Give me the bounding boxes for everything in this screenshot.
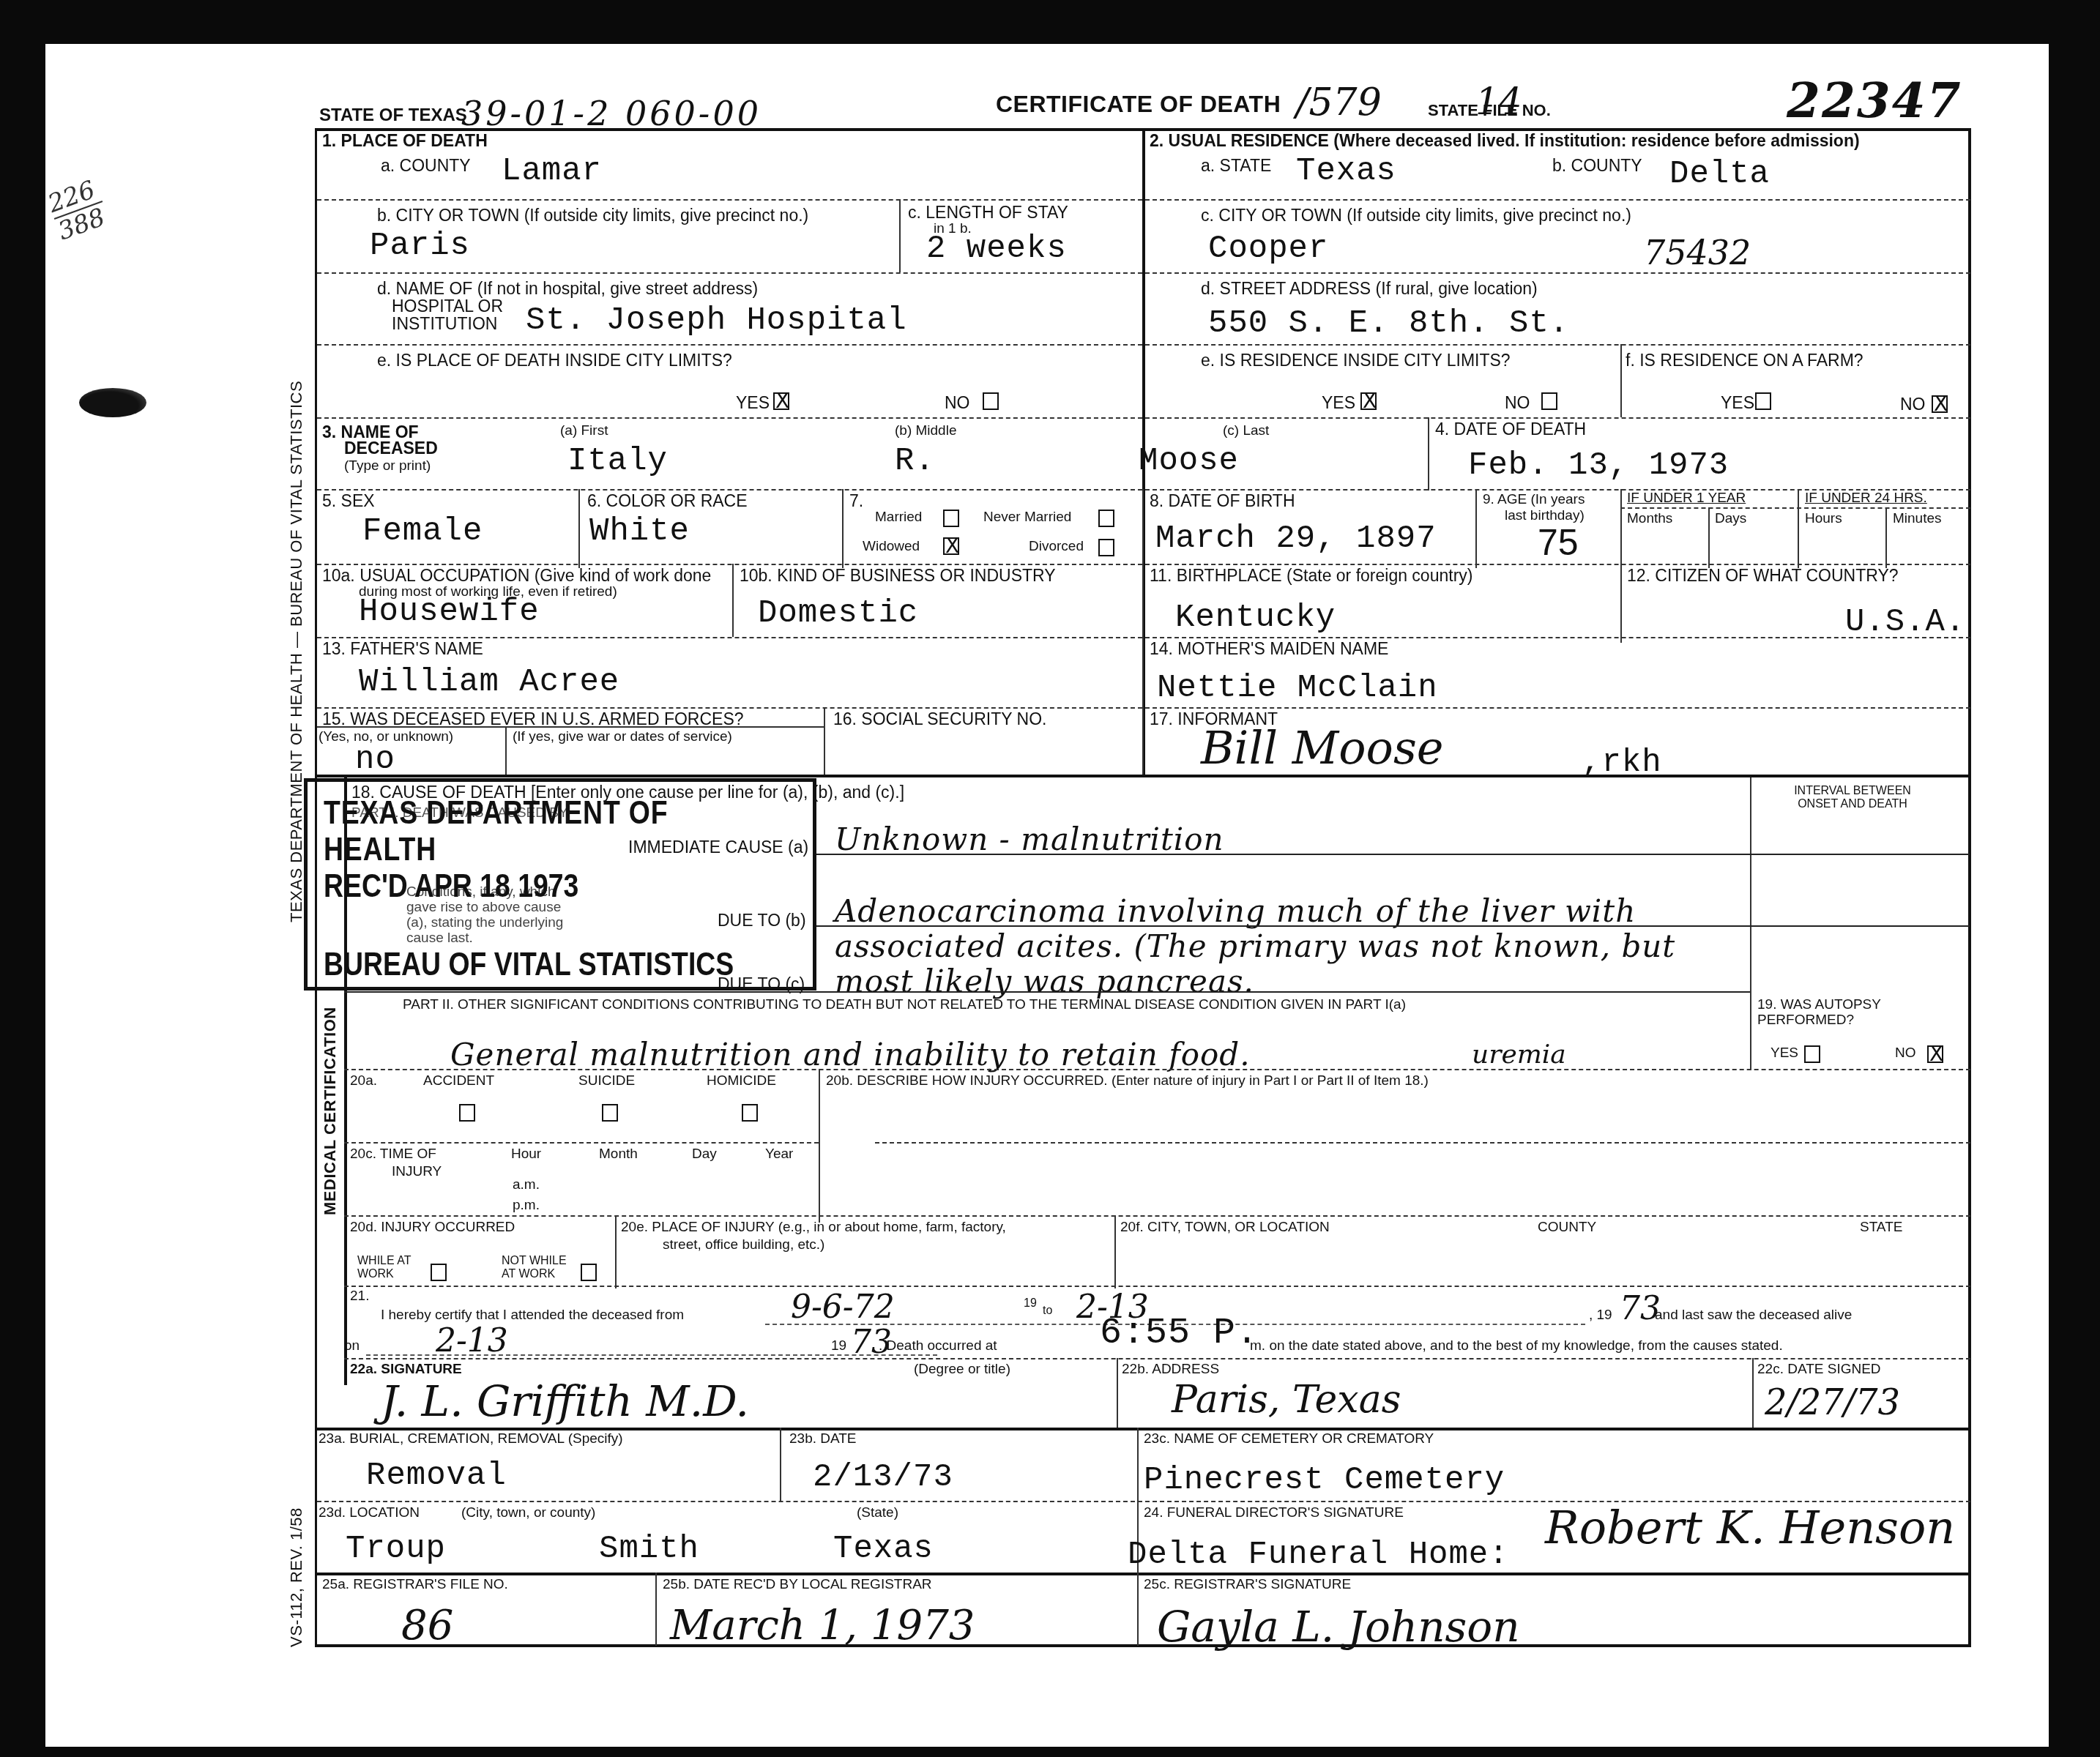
divider — [317, 417, 1970, 419]
injury-state-label: STATE — [1860, 1220, 1902, 1235]
autopsy-yes-checkbox[interactable] — [1804, 1045, 1820, 1063]
autopsy-yes-label: YES — [1771, 1045, 1798, 1061]
accident-checkbox[interactable] — [459, 1104, 475, 1122]
race: White — [589, 514, 690, 549]
registrar-file-number: 86 — [401, 1602, 453, 1649]
divider — [1142, 564, 1144, 637]
death-inside-limits-no-checkbox[interactable] — [983, 392, 999, 410]
length-of-stay: 2 weeks — [926, 231, 1067, 266]
divider — [842, 489, 844, 568]
marital-divorced-label: Divorced — [1029, 539, 1084, 554]
due-to-c: most likely was pancreas. — [835, 963, 1254, 999]
marital-label: 7. — [849, 492, 863, 510]
industry: Domestic — [758, 596, 918, 631]
scan-border-right — [2049, 0, 2100, 1757]
disposition-date: 2/13/73 — [813, 1460, 953, 1495]
while-at-work-checkbox[interactable] — [431, 1264, 447, 1281]
divider — [1620, 507, 1970, 509]
street-address: 550 S. E. 8th. St. — [1208, 306, 1569, 341]
hospital: St. Joseph Hospital — [526, 303, 907, 338]
time-of-injury-label-2: INJURY — [392, 1164, 442, 1179]
registrar-file-label: 25a. REGISTRAR'S FILE NO. — [322, 1577, 508, 1592]
res-county-label: b. COUNTY — [1552, 157, 1642, 175]
certification-text-4: m. on the date stated above, and to the … — [1250, 1338, 1783, 1354]
name-label-3: (Type or print) — [344, 458, 431, 474]
farm-yes-checkbox[interactable] — [1755, 392, 1771, 410]
date-of-death: Feb. 13, 1973 — [1468, 448, 1729, 483]
certification-number: 21. — [350, 1288, 369, 1304]
divider — [1708, 507, 1710, 568]
last-name: Moose — [1139, 444, 1239, 479]
injury-county-label: COUNTY — [1538, 1220, 1596, 1235]
armed-forces: no — [355, 742, 395, 777]
res-inside-limits-label: e. IS RESIDENCE INSIDE CITY LIMITS? — [1201, 351, 1511, 370]
part2-extra: uremia — [1472, 1040, 1566, 1070]
certificate-header: STATE OF TEXAS 39-01-2 060-00 CERTIFICAT… — [315, 81, 1977, 132]
age: 75 — [1538, 521, 1579, 564]
res-city-label: c. CITY OR TOWN (If outside city limits,… — [1201, 206, 1631, 225]
location-city: Troup — [346, 1532, 446, 1567]
not-while-at-work-checkbox[interactable] — [581, 1264, 597, 1281]
certificate-number: /579 — [1296, 81, 1382, 124]
funeral-director-label: 24. FUNERAL DIRECTOR'S SIGNATURE — [1144, 1505, 1404, 1521]
mother-label: 14. MOTHER'S MAIDEN NAME — [1150, 640, 1388, 658]
name-label-2: DECEASED — [344, 439, 438, 458]
nineteen-1: 19 — [1024, 1297, 1037, 1310]
injury-type-label: 20a. — [350, 1073, 377, 1089]
stamp-line-2: REC'D APR 18 1973 — [324, 868, 578, 905]
res-inside-limits-yes-checkbox[interactable] — [1360, 392, 1377, 410]
file-number: 39-01-2 060-00 — [461, 94, 762, 133]
father-label: 13. FATHER'S NAME — [322, 640, 483, 658]
certification-text-1: I hereby certify that I attended the dec… — [381, 1308, 684, 1323]
married-checkbox[interactable] — [943, 510, 959, 527]
marital-married-label: Married — [875, 510, 922, 525]
county-label: a. COUNTY — [381, 157, 471, 175]
months-label: Months — [1627, 511, 1672, 526]
location-county: Smith — [599, 1532, 699, 1567]
under-24-label: IF UNDER 24 HRS. — [1805, 490, 1927, 506]
divider — [816, 854, 1970, 855]
divider — [1114, 1215, 1116, 1288]
street-label: d. STREET ADDRESS (If rural, give locati… — [1201, 280, 1538, 298]
middle-name-label: (b) Middle — [895, 423, 956, 439]
divider — [317, 1573, 1970, 1575]
suicide-checkbox[interactable] — [602, 1104, 618, 1122]
birthplace-label: 11. BIRTHPLACE (State or foreign country… — [1150, 567, 1472, 585]
disposition-date-label: 23b. DATE — [789, 1431, 857, 1447]
hours-label: Hours — [1805, 511, 1842, 526]
industry-label: 10b. KIND OF BUSINESS OR INDUSTRY — [740, 567, 1056, 585]
divider — [1750, 777, 1751, 1070]
divider — [1752, 1358, 1754, 1428]
form-id: VS-112, REV. 1/58 — [287, 1507, 306, 1647]
nineteen-3: 19 — [831, 1338, 846, 1354]
disposition-method-label: 23a. BURIAL, CREMATION, REMOVAL (Specify… — [319, 1431, 623, 1447]
divider — [317, 707, 1970, 709]
divider — [317, 1428, 1970, 1430]
state-label: STATE OF TEXAS — [319, 105, 467, 126]
divider — [780, 1428, 781, 1501]
divider — [824, 707, 825, 776]
hospital-label-2: HOSPITAL OR — [392, 297, 503, 316]
occupation-label: 10a. USUAL OCCUPATION (Give kind of work… — [322, 567, 711, 585]
injury-location-label: 20f. CITY, TOWN, OR LOCATION — [1120, 1220, 1330, 1235]
death-county: Lamar — [502, 154, 602, 189]
res-state-label: a. STATE — [1201, 157, 1271, 175]
funeral-director-signature: Robert K. Henson — [1545, 1501, 1955, 1554]
farm-no-checkbox[interactable] — [1932, 395, 1948, 413]
punch-hole — [79, 388, 146, 417]
date-of-birth-label: 8. DATE OF BIRTH — [1150, 492, 1295, 510]
month-label: Month — [599, 1146, 638, 1162]
accident-label: ACCIDENT — [423, 1073, 494, 1089]
due-to-b-line2: associated acites. (The primary was not … — [835, 928, 1675, 964]
minutes-label: Minutes — [1893, 511, 1942, 526]
divider — [317, 637, 1970, 638]
time-of-death: 6:55 P. — [1100, 1316, 1259, 1351]
birthplace: Kentucky — [1175, 600, 1336, 635]
usual-residence-label: 2. USUAL RESIDENCE (Where deceased lived… — [1150, 132, 1860, 150]
homicide-label: HOMICIDE — [707, 1073, 776, 1089]
divider — [1620, 489, 1622, 643]
scan-border-bottom — [0, 1747, 2100, 1757]
not-while-at-work-label: NOT WHILE AT WORK — [502, 1255, 575, 1281]
divider — [344, 1358, 1970, 1359]
autopsy-no-checkbox[interactable] — [1927, 1045, 1943, 1063]
date-of-birth: March 29, 1897 — [1155, 521, 1437, 556]
stamped-number: 22347 — [1787, 72, 1962, 129]
date-of-death-label: 4. DATE OF DEATH — [1435, 420, 1586, 439]
immediate-cause: Unknown - malnutrition — [835, 821, 1224, 857]
while-at-work-label: WHILE AT WORK — [357, 1255, 416, 1281]
death-inside-limits-label: e. IS PLACE OF DEATH INSIDE CITY LIMITS? — [377, 351, 732, 370]
divider — [1620, 344, 1622, 417]
nineteen-2: , 19 — [1589, 1308, 1612, 1323]
disposition-method: Removal — [366, 1458, 507, 1493]
divider — [317, 564, 1970, 565]
registrar-date: March 1, 1973 — [670, 1602, 975, 1649]
divider — [317, 272, 1970, 274]
yes-label: YES — [736, 394, 770, 412]
location-sub-label: (City, town, or county) — [461, 1505, 595, 1521]
place-of-injury-label: 20e. PLACE OF INJURY (e.g., in or about … — [621, 1220, 1006, 1235]
res-city: Cooper — [1208, 231, 1328, 266]
degree-label: (Degree or title) — [914, 1362, 1010, 1377]
first-name: Italy — [567, 444, 668, 479]
hospital-label: d. NAME OF (If not in hospital, give str… — [377, 280, 758, 298]
armed-forces-sub2: (If yes, give war or dates of service) — [513, 729, 732, 745]
time-of-injury-label: 20c. TIME OF — [350, 1146, 436, 1162]
occupation: Housewife — [359, 594, 540, 630]
divider — [1117, 1358, 1118, 1428]
ssn-label: 16. SOCIAL SECURITY NO. — [833, 710, 1046, 728]
date-signed: 2/27/73 — [1765, 1382, 1900, 1423]
sex: Female — [362, 514, 483, 549]
part2-conditions: General malnutrition and inability to re… — [450, 1037, 1251, 1073]
father-name: William Acree — [359, 665, 619, 700]
suicide-label: SUICIDE — [578, 1073, 635, 1089]
divider — [505, 726, 507, 776]
divider — [344, 991, 1750, 993]
sex-label: 5. SEX — [322, 492, 375, 510]
death-inside-limits-yes-checkbox[interactable] — [773, 392, 789, 410]
certification-text-2: and last saw the deceased alive — [1655, 1308, 1852, 1323]
yes-label: YES — [1322, 394, 1355, 412]
registrar-signature-label: 25c. REGISTRAR'S SIGNATURE — [1144, 1577, 1351, 1592]
res-state: Texas — [1296, 154, 1396, 189]
day-label: Day — [692, 1146, 717, 1162]
received-stamp: TEXAS DEPARTMENT OF HEALTH REC'D APR 18 … — [304, 778, 816, 991]
homicide-checkbox[interactable] — [742, 1104, 758, 1122]
marital-widowed-label: Widowed — [863, 539, 920, 554]
pm-label: p.m. — [513, 1198, 540, 1213]
scan-border-top — [0, 0, 2100, 44]
citizen-label: 12. CITIZEN OF WHAT COUNTRY? — [1627, 567, 1899, 585]
registrar-signature: Gayla L. Johnson — [1157, 1602, 1520, 1652]
certification-text-3: . Death occurred at — [879, 1338, 997, 1354]
location-state-label: (State) — [857, 1505, 898, 1521]
death-city: Paris — [370, 228, 470, 264]
divider — [1137, 1573, 1139, 1646]
res-county: Delta — [1669, 157, 1770, 192]
state-file-number: 14 — [1475, 81, 1522, 123]
certificate-title: CERTIFICATE OF DEATH — [996, 91, 1281, 118]
date-signed-label: 22c. DATE SIGNED — [1757, 1362, 1881, 1377]
length-of-stay-label: c. LENGTH OF STAY — [908, 204, 1068, 222]
age-label: 9. AGE (In years — [1483, 492, 1585, 507]
divider — [819, 1069, 820, 1223]
no-label: NO — [1505, 394, 1530, 412]
divider — [344, 1286, 1970, 1287]
to-label: to — [1043, 1305, 1052, 1318]
divider — [615, 1215, 617, 1288]
widowed-checkbox[interactable] — [943, 537, 959, 555]
divider — [366, 1354, 937, 1356]
divider — [1798, 489, 1799, 568]
funeral-home: Delta Funeral Home: — [1128, 1537, 1509, 1573]
hour-label: Hour — [511, 1146, 541, 1162]
divider — [1885, 507, 1887, 568]
divider — [578, 489, 580, 568]
part2-label: PART II. OTHER SIGNIFICANT CONDITIONS CO… — [403, 997, 1406, 1012]
divider — [344, 1142, 819, 1144]
divider — [816, 925, 1970, 927]
year-label: Year — [765, 1146, 793, 1162]
describe-injury-label: 20b. DESCRIBE HOW INJURY OCCURRED. (Ente… — [826, 1073, 1429, 1089]
divider — [1142, 489, 1144, 568]
divider — [655, 1573, 657, 1646]
divider — [732, 564, 734, 637]
attended-from: 9-6-72 — [791, 1288, 895, 1326]
location-label: 23d. LOCATION — [319, 1505, 420, 1521]
hospital-label-3: INSTITUTION — [392, 315, 497, 333]
divider — [317, 199, 1970, 201]
death-city-label: b. CITY OR TOWN (If outside city limits,… — [377, 206, 808, 225]
divider — [317, 775, 1970, 777]
interval-label: INTERVAL BETWEEN ONSET AND DEATH — [1776, 785, 1929, 811]
signature-label: 22a. SIGNATURE — [350, 1362, 462, 1377]
scan-border-left — [0, 0, 45, 1757]
marital-never-married-label: Never Married — [983, 510, 1071, 525]
place-of-death-label: 1. PLACE OF DEATH — [322, 132, 488, 150]
divider — [317, 726, 824, 728]
injury-occurred-label: 20d. INJURY OCCURRED — [350, 1220, 515, 1235]
divider — [1142, 637, 1144, 776]
no-label: NO — [945, 394, 970, 412]
divider — [344, 1069, 1970, 1070]
divider — [899, 199, 901, 272]
autopsy-label: 19. WAS AUTOPSY PERFORMED? — [1757, 997, 1970, 1028]
physician-address: Paris, Texas — [1172, 1378, 1401, 1422]
stamp-line-1: TEXAS DEPARTMENT OF HEALTH — [324, 795, 740, 868]
mother-name: Nettie McClain — [1157, 671, 1438, 706]
res-zip: 75432 — [1644, 233, 1751, 272]
days-label: Days — [1715, 511, 1746, 526]
citizen: U.S.A. — [1845, 605, 1965, 640]
divider — [1428, 417, 1429, 490]
divider — [875, 1142, 1970, 1144]
under-year-label: IF UNDER 1 YEAR — [1627, 490, 1746, 506]
registrar-date-label: 25b. DATE REC'D BY LOCAL REGISTRAR — [663, 1577, 932, 1592]
due-to-b-line1: Adenocarcinoma involving much of the liv… — [835, 893, 1636, 929]
on-label: on — [344, 1338, 360, 1354]
middle-name: R. — [895, 444, 935, 479]
physician-signature: J. L. Griffith M.D. — [381, 1376, 749, 1426]
cemetery-label: 23c. NAME OF CEMETERY OR CREMATORY — [1144, 1431, 1434, 1447]
first-name-label: (a) First — [560, 423, 608, 439]
divider — [1475, 489, 1477, 568]
res-inside-limits-no-checkbox[interactable] — [1541, 392, 1557, 410]
autopsy-no-label: NO — [1895, 1045, 1916, 1061]
cemetery-name: Pinecrest Cemetery — [1144, 1463, 1505, 1498]
divider — [317, 344, 1970, 346]
no-label: NO — [1900, 395, 1926, 414]
race-label: 6. COLOR OR RACE — [587, 492, 748, 510]
last-name-label: (c) Last — [1223, 423, 1269, 439]
divorced-checkbox[interactable] — [1098, 539, 1114, 556]
informant-signature: Bill Moose — [1201, 721, 1443, 775]
stamp-line-3: BUREAU OF VITAL STATISTICS — [324, 947, 734, 983]
address-label: 22b. ADDRESS — [1122, 1362, 1219, 1377]
yes-label: YES — [1721, 394, 1754, 412]
am-label: a.m. — [513, 1177, 540, 1193]
farm-label: f. IS RESIDENCE ON A FARM? — [1626, 351, 1863, 370]
place-of-injury-label-2: street, office building, etc.) — [663, 1237, 824, 1253]
never-married-checkbox[interactable] — [1098, 510, 1114, 527]
divider — [344, 1215, 1970, 1217]
location-state: Texas — [833, 1532, 934, 1567]
